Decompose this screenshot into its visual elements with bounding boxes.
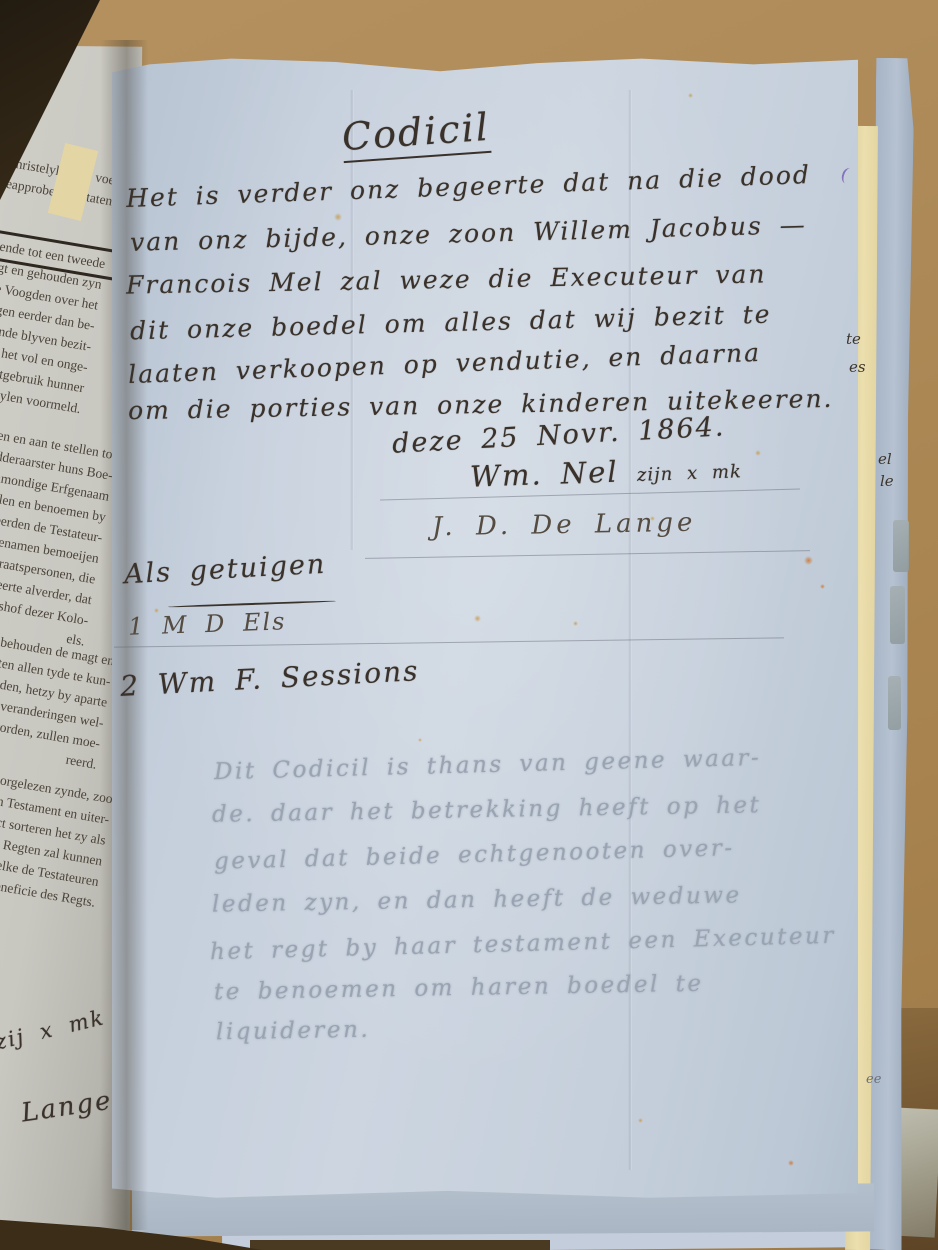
foxing-spot	[788, 1160, 794, 1166]
foxing-spot	[755, 450, 761, 456]
foxing-spot	[573, 621, 578, 626]
bottom-shadow-gap	[250, 1240, 550, 1250]
edge-ink-fragment: ee	[866, 1072, 881, 1087]
foxing-spot	[638, 1118, 643, 1123]
edge-ink-fragment: le	[880, 472, 894, 490]
foxing-spot	[650, 516, 655, 521]
foxing-spot	[154, 608, 159, 613]
witness-official-signature: J. D. De Lange	[432, 508, 697, 543]
paper-crease	[628, 90, 632, 1170]
page-edge-tape-repair	[890, 586, 905, 644]
foxing-spot	[474, 615, 481, 622]
testator-signature-name: Wm. Nel	[469, 455, 619, 494]
foxing-spot	[820, 584, 825, 589]
left-page-signature-mark: zij x mk	[0, 1005, 107, 1054]
foxing-spot	[688, 93, 693, 98]
edge-ink-fragment: el	[878, 450, 892, 468]
page-edge-tape-repair	[893, 520, 909, 572]
edge-ink-fragment: es	[849, 358, 866, 376]
foxing-spot	[418, 738, 422, 742]
edge-ink-fragment: te	[846, 330, 861, 348]
document-title: Codicil	[341, 105, 492, 163]
photo-of-bound-codicil-document: en Christelyk op te voe- ere geapprobeer…	[0, 0, 938, 1250]
witness-signature: 1 M D Els	[128, 607, 287, 641]
foxing-spot	[804, 556, 813, 565]
testator-mark-note: zijn x mk	[637, 461, 743, 486]
pencil-note-line: liquideren.	[216, 1017, 371, 1046]
foxing-spot	[334, 213, 342, 221]
page-edge-tape-repair	[888, 676, 901, 730]
